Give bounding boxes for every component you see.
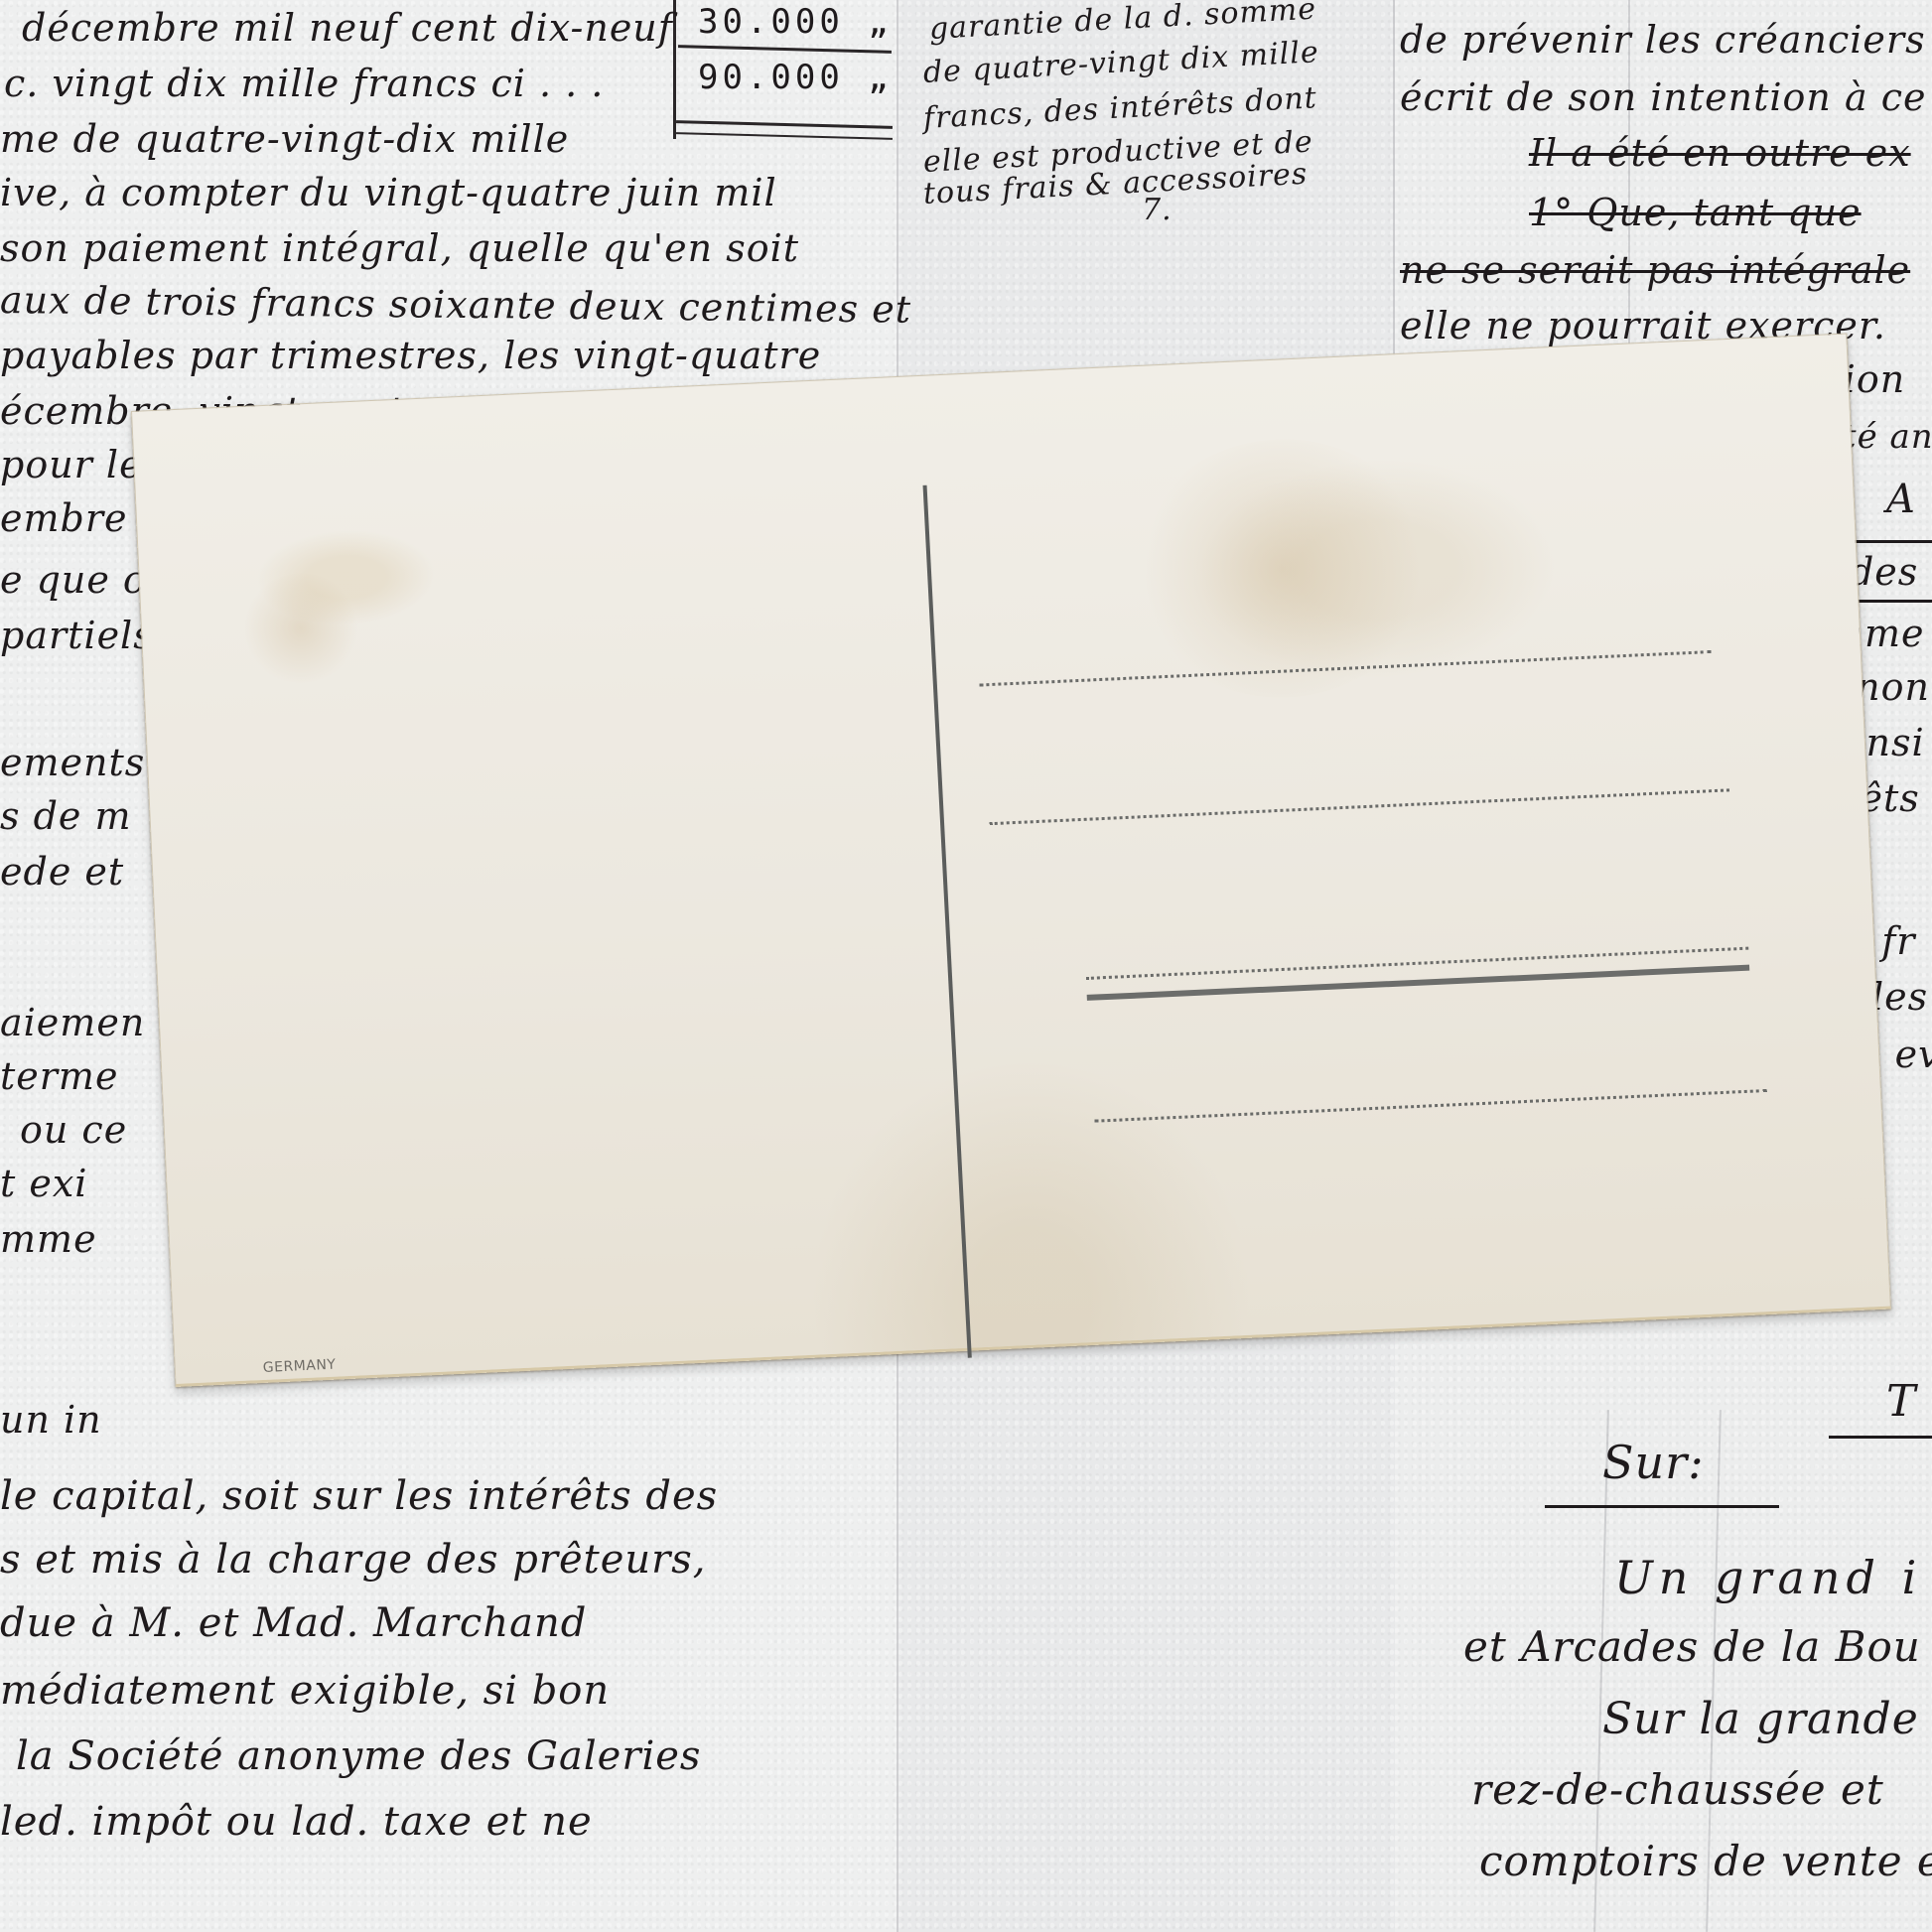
handwritten-line: ede et (0, 850, 124, 894)
handwritten-line: rez-de-chaussée et (1471, 1765, 1884, 1814)
amounts-box: 30.000 „ 90.000 „ (673, 0, 893, 139)
handwritten-line: led. impôt ou lad. taxe et ne (0, 1799, 593, 1845)
struck-line: Il a été en outre ex (1529, 131, 1911, 175)
handwritten-line: un in (0, 1398, 102, 1442)
handwritten-heading: Sur: (1602, 1436, 1705, 1489)
handwritten-line: embre (0, 496, 128, 540)
handwritten-line: A (1886, 477, 1916, 522)
handwritten-line: aiemen (0, 1001, 145, 1044)
handwritten-line: partiels (0, 614, 154, 657)
handwritten-line: due à M. et Mad. Marchand (0, 1600, 587, 1646)
amount-value: 30.000 „ (698, 2, 893, 42)
handwritten-line: décembre mil neuf cent dix-neuf (22, 6, 673, 50)
rule (676, 132, 893, 140)
rule (678, 45, 892, 54)
handwritten-line: payables par trimestres, les vingt-quatr… (0, 334, 821, 377)
age-stain (239, 571, 363, 685)
handwritten-line: s de m (0, 794, 132, 838)
struck-line: 1° Que, tant que (1529, 191, 1862, 234)
handwritten-line: le capital, soit sur les intérêts des (0, 1473, 718, 1519)
handwritten-line: ements (0, 741, 145, 784)
handwritten-line: 7. (1142, 193, 1173, 227)
handwritten-line: me de quatre-vingt-dix mille (0, 117, 569, 161)
handwritten-line: s et mis à la charge des prêteurs, (0, 1537, 707, 1583)
handwritten-line: comptoirs de vente e (1479, 1837, 1932, 1885)
photo-scene: 30.000 „ 90.000 „ décembre mil neuf cent… (0, 0, 1932, 1932)
handwritten-line: e que c (0, 558, 145, 602)
age-stain (1128, 433, 1437, 704)
handwritten-line: T (1886, 1376, 1916, 1427)
heading-rule (1829, 1436, 1932, 1439)
handwritten-line: de prévenir les créanciers (1400, 18, 1926, 62)
handwritten-line: Un grand i (1614, 1551, 1922, 1604)
handwritten-line: ou ce (20, 1108, 127, 1152)
postcard-imprint: GERMANY (263, 1357, 337, 1376)
struck-line: ne se serait pas intégrale (1400, 248, 1910, 292)
handwritten-line: écrit de son intention à ce (1400, 75, 1926, 119)
handwritten-line: ive, à compter du vingt-quatre juin mil (0, 171, 777, 214)
address-line (1094, 1089, 1766, 1123)
postcard-divider-line (923, 485, 972, 1358)
rule (676, 120, 893, 129)
handwritten-line: c. vingt dix mille francs ci . . . (4, 62, 604, 105)
address-line (990, 788, 1729, 825)
amount-value: 90.000 „ (698, 58, 893, 97)
handwritten-line: terme (0, 1054, 118, 1098)
handwritten-line: médiatement exigible, si bon (0, 1668, 610, 1714)
heading-rule (1545, 1505, 1779, 1508)
address-line-solid (1087, 965, 1750, 1001)
postcard: GERMANY (131, 334, 1891, 1387)
handwritten-line: Sur la grande (1602, 1694, 1919, 1744)
handwritten-line: et Arcades de la Bou (1463, 1622, 1921, 1671)
handwritten-line: son paiement intégral, quelle qu'en soit (0, 226, 799, 270)
handwritten-line: t exi (0, 1162, 87, 1205)
handwritten-line: la Société anonyme des Galeries (16, 1733, 701, 1779)
handwritten-line: mme (0, 1217, 97, 1261)
